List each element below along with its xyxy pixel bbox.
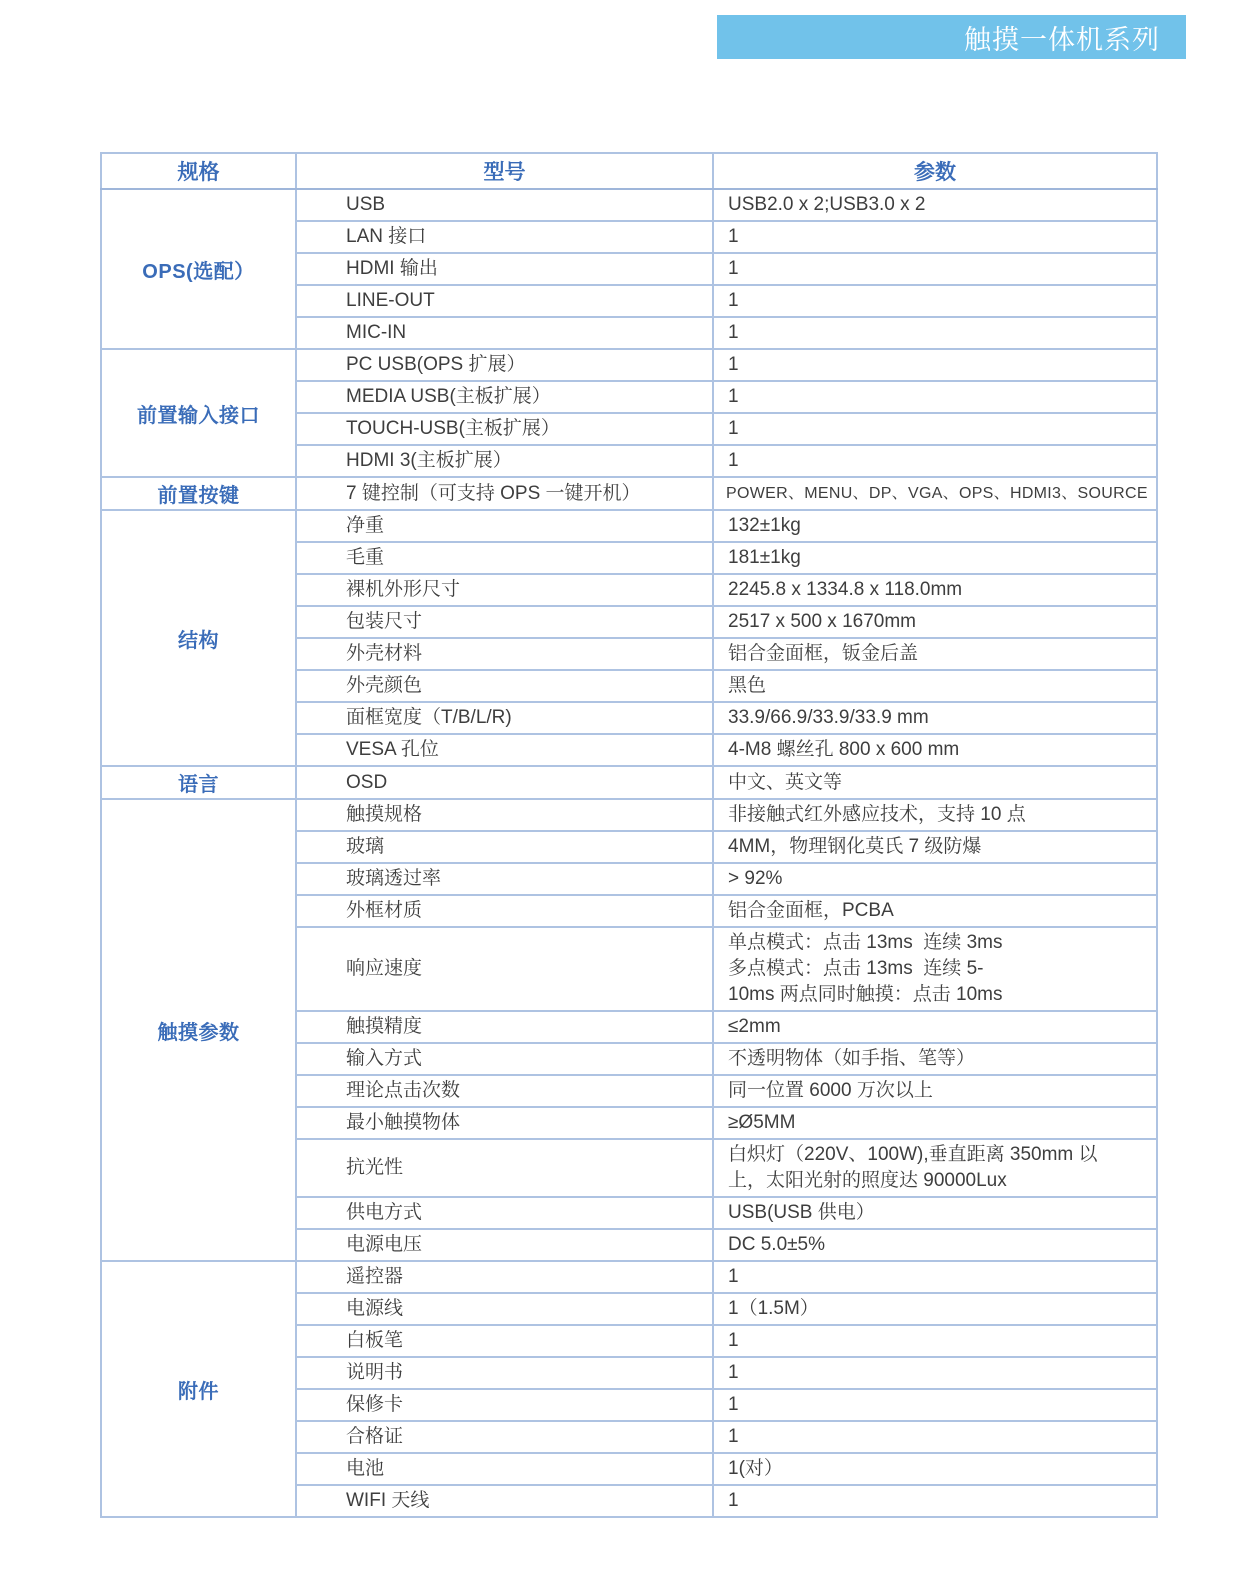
param-cell: 单点模式：点击 13ms 连续 3ms 多点模式：点击 13ms 连续 5- 1… (713, 927, 1157, 1011)
spec-table: 规格 型号 参数 OPS(选配）USBUSB2.0 x 2;USB3.0 x 2… (100, 152, 1158, 1518)
spec-table-body: OPS(选配）USBUSB2.0 x 2;USB3.0 x 2LAN 接口1HD… (101, 189, 1157, 1517)
param-cell: USB2.0 x 2;USB3.0 x 2 (713, 189, 1157, 221)
param-cell: 1 (713, 381, 1157, 413)
param-cell: 1 (713, 285, 1157, 317)
col-header-spec: 规格 (101, 153, 296, 189)
model-cell: 外框材质 (296, 895, 713, 927)
model-cell: MEDIA USB(主板扩展） (296, 381, 713, 413)
model-cell: 抗光性 (296, 1139, 713, 1197)
group-label: 语言 (101, 766, 296, 799)
model-cell: 毛重 (296, 542, 713, 574)
param-cell: POWER、MENU、DP、VGA、OPS、HDMI3、SOURCE (713, 477, 1157, 510)
param-cell: 1 (713, 413, 1157, 445)
model-cell: 保修卡 (296, 1389, 713, 1421)
model-cell: 遥控器 (296, 1261, 713, 1293)
model-cell: 触摸精度 (296, 1011, 713, 1043)
param-cell: 中文、英文等 (713, 766, 1157, 799)
param-cell: 黑色 (713, 670, 1157, 702)
param-cell: DC 5.0±5% (713, 1229, 1157, 1261)
model-cell: VESA 孔位 (296, 734, 713, 766)
param-cell: 1 (713, 253, 1157, 285)
model-cell: 响应速度 (296, 927, 713, 1011)
model-cell: 裸机外形尺寸 (296, 574, 713, 606)
model-cell: 7 键控制（可支持 OPS 一键开机） (296, 477, 713, 510)
group-label: 结构 (101, 510, 296, 766)
model-cell: 输入方式 (296, 1043, 713, 1075)
param-cell: 1 (713, 1261, 1157, 1293)
model-cell: 玻璃透过率 (296, 863, 713, 895)
param-cell: > 92% (713, 863, 1157, 895)
param-cell: 铝合金面框，PCBA (713, 895, 1157, 927)
param-cell: 132±1kg (713, 510, 1157, 542)
model-cell: HDMI 3(主板扩展） (296, 445, 713, 477)
param-cell: 4-M8 螺丝孔 800 x 600 mm (713, 734, 1157, 766)
model-cell: TOUCH-USB(主板扩展） (296, 413, 713, 445)
group-label: 附件 (101, 1261, 296, 1517)
param-cell: 33.9/66.9/33.9/33.9 mm (713, 702, 1157, 734)
param-cell: 1 (713, 317, 1157, 349)
param-cell: 2245.8 x 1334.8 x 118.0mm (713, 574, 1157, 606)
param-cell: 白炽灯（220V、100W),垂直距离 350mm 以 上，太阳光射的照度达 9… (713, 1139, 1157, 1197)
model-cell: WIFI 天线 (296, 1485, 713, 1517)
param-cell: 1 (713, 349, 1157, 381)
table-row: 语言OSD中文、英文等 (101, 766, 1157, 799)
param-cell: 铝合金面框，钣金后盖 (713, 638, 1157, 670)
model-cell: 电源电压 (296, 1229, 713, 1261)
model-cell: HDMI 输出 (296, 253, 713, 285)
param-cell: ≥Ø5MM (713, 1107, 1157, 1139)
model-cell: 电池 (296, 1453, 713, 1485)
table-row: 附件遥控器1 (101, 1261, 1157, 1293)
param-cell: 1 (713, 1421, 1157, 1453)
series-banner-title: 触摸一体机系列 (964, 18, 1160, 57)
param-cell: 1 (713, 1485, 1157, 1517)
table-row: 前置输入接口PC USB(OPS 扩展）1 (101, 349, 1157, 381)
model-cell: LINE-OUT (296, 285, 713, 317)
param-cell: ≤2mm (713, 1011, 1157, 1043)
model-cell: OSD (296, 766, 713, 799)
group-label: 前置输入接口 (101, 349, 296, 477)
group-label: OPS(选配） (101, 189, 296, 349)
model-cell: 外壳颜色 (296, 670, 713, 702)
model-cell: 包装尺寸 (296, 606, 713, 638)
param-cell: USB(USB 供电） (713, 1197, 1157, 1229)
table-row: 前置按键7 键控制（可支持 OPS 一键开机）POWER、MENU、DP、VGA… (101, 477, 1157, 510)
model-cell: PC USB(OPS 扩展） (296, 349, 713, 381)
model-cell: LAN 接口 (296, 221, 713, 253)
model-cell: 最小触摸物体 (296, 1107, 713, 1139)
model-cell: 理论点击次数 (296, 1075, 713, 1107)
param-cell: 1 (713, 1325, 1157, 1357)
col-header-model: 型号 (296, 153, 713, 189)
param-cell: 2517 x 500 x 1670mm (713, 606, 1157, 638)
param-cell: 1 (713, 1357, 1157, 1389)
group-label: 前置按键 (101, 477, 296, 510)
model-cell: 面框宽度（T/B/L/R) (296, 702, 713, 734)
model-cell: USB (296, 189, 713, 221)
param-cell: 1（1.5M） (713, 1293, 1157, 1325)
param-cell: 同一位置 6000 万次以上 (713, 1075, 1157, 1107)
param-cell: 非接触式红外感应技术，支持 10 点 (713, 799, 1157, 831)
table-row: 结构净重132±1kg (101, 510, 1157, 542)
table-row: 触摸参数触摸规格非接触式红外感应技术，支持 10 点 (101, 799, 1157, 831)
param-cell: 1(对） (713, 1453, 1157, 1485)
table-header-row: 规格 型号 参数 (101, 153, 1157, 189)
model-cell: 电源线 (296, 1293, 713, 1325)
model-cell: 说明书 (296, 1357, 713, 1389)
param-cell: 1 (713, 1389, 1157, 1421)
model-cell: 白板笔 (296, 1325, 713, 1357)
model-cell: 玻璃 (296, 831, 713, 863)
model-cell: 供电方式 (296, 1197, 713, 1229)
model-cell: 合格证 (296, 1421, 713, 1453)
param-cell: 不透明物体（如手指、笔等） (713, 1043, 1157, 1075)
model-cell: 净重 (296, 510, 713, 542)
series-banner: 触摸一体机系列 (717, 15, 1186, 59)
param-cell: 4MM，物理钢化莫氏 7 级防爆 (713, 831, 1157, 863)
param-cell: 1 (713, 445, 1157, 477)
model-cell: 外壳材料 (296, 638, 713, 670)
model-cell: 触摸规格 (296, 799, 713, 831)
model-cell: MIC-IN (296, 317, 713, 349)
param-cell: 1 (713, 221, 1157, 253)
table-row: OPS(选配）USBUSB2.0 x 2;USB3.0 x 2 (101, 189, 1157, 221)
group-label: 触摸参数 (101, 799, 296, 1261)
col-header-param: 参数 (713, 153, 1157, 189)
param-cell: 181±1kg (713, 542, 1157, 574)
